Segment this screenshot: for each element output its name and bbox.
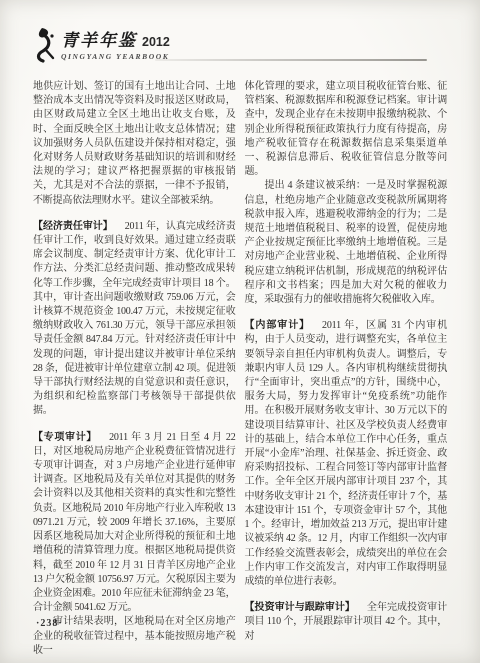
- section-internal-audit: 【内部审计】2011 年，区属 31 个内审机构，由于人员变动，进行调整充实，各…: [245, 319, 448, 589]
- section-body: 2011 年，区属 31 个内审机构，由于人员变动，进行调整充实，各单位主要领导…: [245, 320, 448, 587]
- paragraph-continuation: 地供应计划、签订的国有土地出让合同、土地整治成本支出情况等资料及时报送区财政局，…: [33, 80, 236, 208]
- section-body: 2011 年 3 月 21 日至 4 月 22 日，对区地税局房地产企业税费征管…: [33, 432, 236, 613]
- text-columns: 地供应计划、签订的国有土地出让合同、土地整治成本支出情况等资料及时报送区财政局，…: [33, 80, 447, 658]
- yearbook-title-block: 青羊年鉴 2012 QINGYANG YEARBOOK: [61, 26, 170, 61]
- ink-brush-mark-icon: [33, 27, 57, 63]
- section-economic-responsibility-audit: 【经济责任审计】2011 年，认真完成经济责任审计工作，收到良好效果。通过建立经…: [33, 220, 236, 419]
- section-heading: 【投资审计与跟踪审计】: [245, 602, 355, 613]
- paragraph-suggestions: 提出 4 条建议被采纳：一是及时掌握税源信息，杜绝房地产企业随意改变税款所属期将…: [245, 179, 448, 307]
- section-body: 2011 年，认真完成经济责任审计工作，收到良好效果。通过建立经责联席会议制度、…: [33, 221, 236, 417]
- left-column: 地供应计划、签订的国有土地出让合同、土地整治成本支出情况等资料及时报送区财政局，…: [33, 80, 236, 658]
- header-divider: [155, 59, 427, 61]
- yearbook-page: 青羊年鉴 2012 QINGYANG YEARBOOK 地供应计划、签订的国有土…: [0, 0, 480, 663]
- yearbook-year: 2012: [142, 35, 170, 49]
- right-column: 体化管理的要求，建立项目税收征管台账、征管档案、税源数据库和税源登记档案。审计调…: [245, 80, 448, 658]
- yearbook-logo: 青羊年鉴 2012 QINGYANG YEARBOOK: [33, 26, 447, 63]
- yearbook-subtitle-en: QINGYANG YEARBOOK: [61, 52, 170, 61]
- yearbook-title: 青羊年鉴: [61, 26, 137, 51]
- paragraph-audit-result: 审计结果表明，区地税局在对全区房地产企业的税收征管过程中，基本能按照房地产税收一: [33, 615, 236, 658]
- section-investment-tracking-audit: 【投资审计与跟踪审计】全年完成投资审计项目 110 个，开展跟踪审计项目 42 …: [245, 601, 448, 644]
- section-special-audit: 【专项审计】2011 年 3 月 21 日至 4 月 22 日，对区地税局房地产…: [33, 431, 236, 616]
- section-heading: 【经济责任审计】: [33, 221, 113, 232]
- paragraph-continuation: 体化管理的要求，建立项目税收征管台账、征管档案、税源数据库和税源登记档案。审计调…: [245, 80, 448, 179]
- section-heading: 【专项审计】: [33, 432, 97, 443]
- page-number: ·238·: [36, 618, 63, 629]
- page-header: 青羊年鉴 2012 QINGYANG YEARBOOK: [33, 26, 447, 72]
- section-heading: 【内部审计】: [245, 320, 311, 331]
